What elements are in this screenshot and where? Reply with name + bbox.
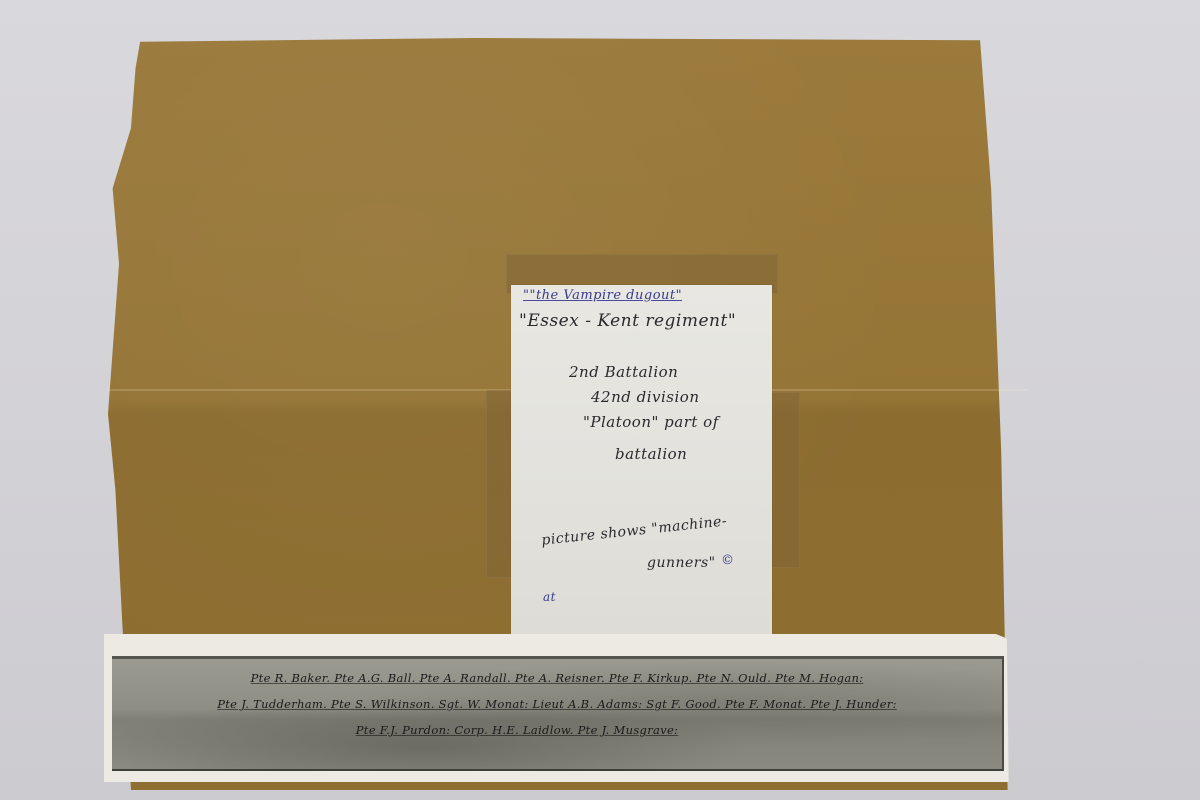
note-line-regiment: "Essex - Kent regiment" <box>519 311 736 331</box>
note-line-division: 42nd division <box>591 388 699 406</box>
panoramic-photo: Pte R. Baker. Pte A.G. Ball. Pte A. Rand… <box>112 656 1004 771</box>
note-line-platoon: "Platoon" part of <box>583 413 719 431</box>
note-line-picture-shows: picture shows "machine- <box>541 513 728 548</box>
note-line-at: at <box>543 590 556 604</box>
note-line-battalion-word: battalion <box>615 445 687 463</box>
photo-caption-line-3: Pte F.J. Purdon: Corp. H.E. Laidlow. Pte… <box>72 723 962 737</box>
photo-caption-line-1: Pte R. Baker. Pte A.G. Ball. Pte A. Rand… <box>112 671 1002 685</box>
tape-right <box>770 392 800 568</box>
note-line-battalion: 2nd Battalion <box>569 363 678 381</box>
note-line-gunners: gunners" <box>647 555 716 571</box>
note-line-copyright-mark: © <box>721 553 735 568</box>
note-line-title: ""the Vampire dugout" <box>523 288 682 303</box>
handwritten-note: ""the Vampire dugout" "Essex - Kent regi… <box>511 285 772 635</box>
photo-caption-line-2: Pte J. Tudderham. Pte S. Wilkinson. Sgt.… <box>112 697 1002 711</box>
